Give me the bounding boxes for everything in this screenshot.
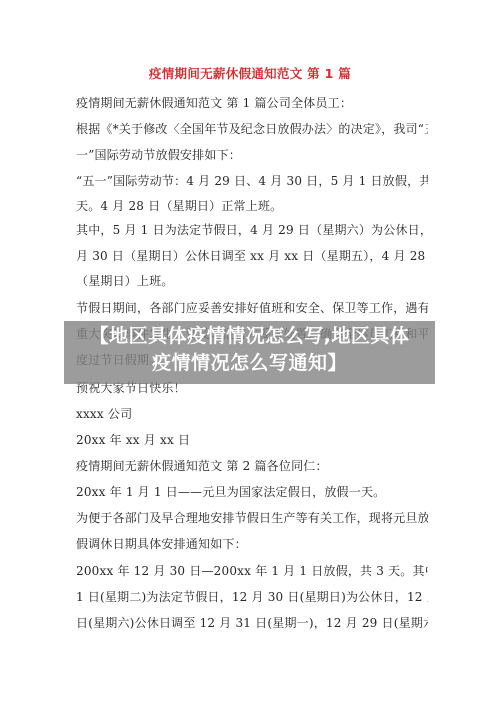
paragraph-line: 1 日(星期二)为法定节假日，12 月 30 日(星期日)为公休日，12 月 2… <box>76 589 428 605</box>
paragraph-line: 根据《*关于修改〈全国年节及纪念日放假办法〉的决定》，我司“五 <box>76 121 428 137</box>
paragraph-line: 一”国际劳动节放假安排如下： <box>76 147 428 163</box>
paragraph-line: 月 30 日（星期日）公休日调至 xx 月 xx 日（星期五），4 月 28 日 <box>76 248 428 264</box>
paragraph-line: xxxx 公司 <box>76 406 428 422</box>
paragraph-line: 疫情期间无薪休假通知范文 第 2 篇各位同仁： <box>76 458 428 474</box>
paragraph-line: 日(星期六)公休日调至 12 月 31 日(星期一)，12 月 29 日(星期六… <box>76 615 428 631</box>
paragraph-line: “五一”国际劳动节：4 月 29 日、4 月 30 日，5 月 1 日放假，共 … <box>76 173 428 189</box>
paragraph-line: （星期日）上班。 <box>76 273 428 289</box>
paragraph-line: 200xx 年 12 月 30 日—200xx 年 1 月 1 日放假，共 3 … <box>76 563 428 579</box>
paragraph-line: 假调休日期具体安排通知如下： <box>76 536 428 552</box>
overlay-headline-line1: 【地区具体疫情情况怎么写,地区具体 <box>64 323 435 350</box>
paragraph-line: 疫情期间无薪休假通知范文 第 1 篇公司全体员工： <box>76 95 428 111</box>
overlay-headline: 【地区具体疫情情况怎么写,地区具体 疫情情况怎么写通知】 <box>64 323 435 377</box>
paragraph-line: 20xx 年 xx 月 xx 日 <box>76 432 428 448</box>
paragraph-line: 天。4 月 28 日（星期日）正常上班。 <box>76 198 428 214</box>
paragraph-line: 节假日期间，各部门应妥善安排好值班和安全、保卫等工作，遇有 <box>76 300 428 316</box>
paragraph-line: 为便于各部门及早合理地安排节假日生产等有关工作，现将元旦放 <box>76 510 428 526</box>
paragraph-line: 20xx 年 1 月 1 日——元旦为国家法定假日，放假一天。 <box>76 484 428 500</box>
document-title: 疫情期间无薪休假通知范文 第 1 篇 <box>0 64 500 82</box>
paragraph-line: 其中，5 月 1 日为法定节假日，4 月 29 日（星期六）为公休日，4 <box>76 222 428 238</box>
overlay-headline-line2: 疫情情况怎么写通知】 <box>64 350 435 377</box>
